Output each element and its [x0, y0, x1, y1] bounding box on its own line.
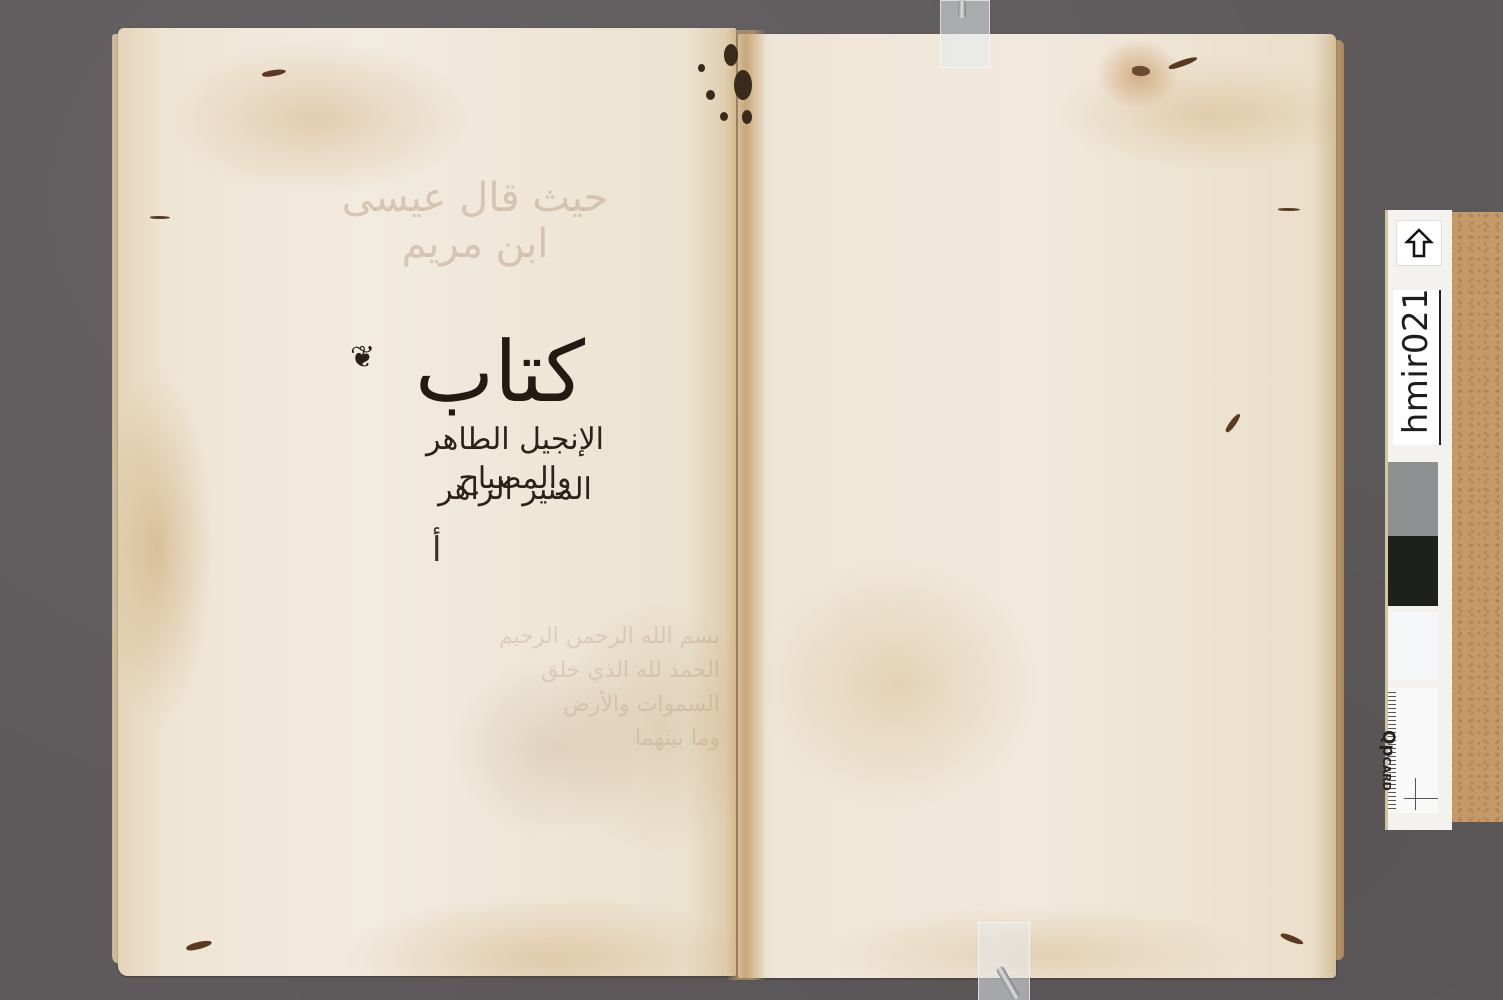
shelfmark-label: hmir021: [1394, 286, 1438, 436]
tear-mark: [150, 216, 170, 219]
folio-mark: أ: [432, 530, 441, 570]
up-arrow-icon: [1396, 220, 1442, 266]
white-swatch: [1388, 612, 1438, 680]
title-line-2: المنير الزاهر: [400, 470, 630, 509]
faded-line: السموات والأرض: [420, 688, 720, 722]
tear-mark: [1278, 208, 1300, 211]
cardboard-backing: [1450, 212, 1503, 822]
gray-swatch: [1388, 462, 1438, 536]
qpcard-logo: QpCARD: [1378, 730, 1398, 791]
faded-line: الحمد لله الذي خلق: [420, 654, 720, 688]
wormhole-damage: [694, 40, 764, 150]
faded-line: وما بينهما: [420, 722, 720, 756]
black-swatch: [1388, 536, 1438, 606]
right-page: [738, 34, 1336, 978]
crosshair-icon: [1404, 798, 1438, 799]
book-spine: [726, 30, 766, 980]
tape-strip-bottom: [978, 922, 1030, 1000]
photo-scene: حيث قال عيسى ابن مريم ❦ كتاب الإنجيل الط…: [0, 0, 1503, 1000]
title-word: كتاب: [350, 330, 650, 414]
pin-top: [958, 0, 966, 18]
worm-hole: [1132, 66, 1150, 76]
faded-line: بسم الله الرحمن الرحيم: [420, 620, 720, 654]
faded-body-text: بسم الله الرحمن الرحيم الحمد لله الذي خل…: [420, 620, 720, 756]
faded-heading-text: حيث قال عيسى ابن مريم: [330, 175, 620, 267]
crosshair-icon: [1415, 778, 1416, 810]
